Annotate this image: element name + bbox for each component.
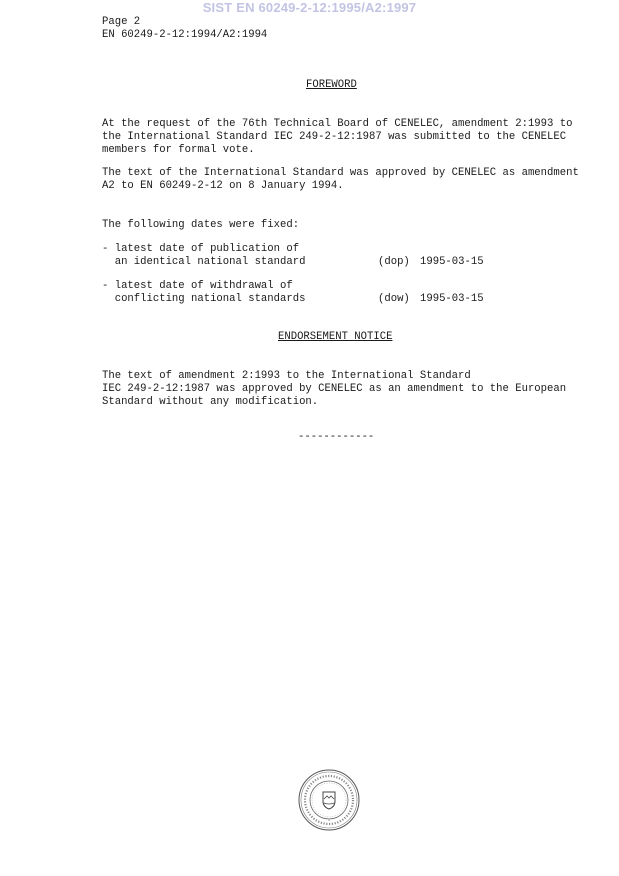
endorsement-para-line2: IEC 249-2-12:1987 was approved by CENELE… (102, 383, 566, 396)
endorsement-title: ENDORSEMENT NOTICE (278, 331, 392, 344)
date-item-dop-line2: an identical national standard (102, 256, 305, 269)
endorsement-para-line1: The text of amendment 2:1993 to the Inte… (102, 370, 471, 383)
date-item-dop-line1: - latest date of publication of (102, 243, 299, 256)
endorsement-para-line3: Standard without any modification. (102, 396, 318, 409)
end-separator: ------------ (298, 431, 374, 444)
official-stamp-icon: * (297, 768, 361, 832)
foreword-para1-line3: members for formal vote. (102, 144, 255, 157)
page-number: Page 2 (102, 16, 140, 29)
date-item-dow-date: 1995-03-15 (420, 293, 484, 306)
date-item-dow-line2: conflicting national standards (102, 293, 305, 306)
date-item-dow-code: (dow) (378, 293, 410, 306)
watermark: SIST EN 60249-2-12:1995/A2:1997 (0, 0, 619, 15)
foreword-para2-line2: A2 to EN 60249-2-12 on 8 January 1994. (102, 180, 344, 193)
date-item-dop-date: 1995-03-15 (420, 256, 484, 269)
date-item-dow-line1: - latest date of withdrawal of (102, 280, 293, 293)
foreword-para1-line2: the International Standard IEC 249-2-12:… (102, 131, 566, 144)
foreword-para1-line1: At the request of the 76th Technical Boa… (102, 118, 572, 131)
document-id: EN 60249-2-12:1994/A2:1994 (102, 29, 267, 42)
foreword-para2-line1: The text of the International Standard w… (102, 167, 579, 180)
dates-intro: The following dates were fixed: (102, 219, 299, 232)
date-item-dop-code: (dop) (378, 256, 410, 269)
foreword-title: FOREWORD (306, 79, 357, 92)
